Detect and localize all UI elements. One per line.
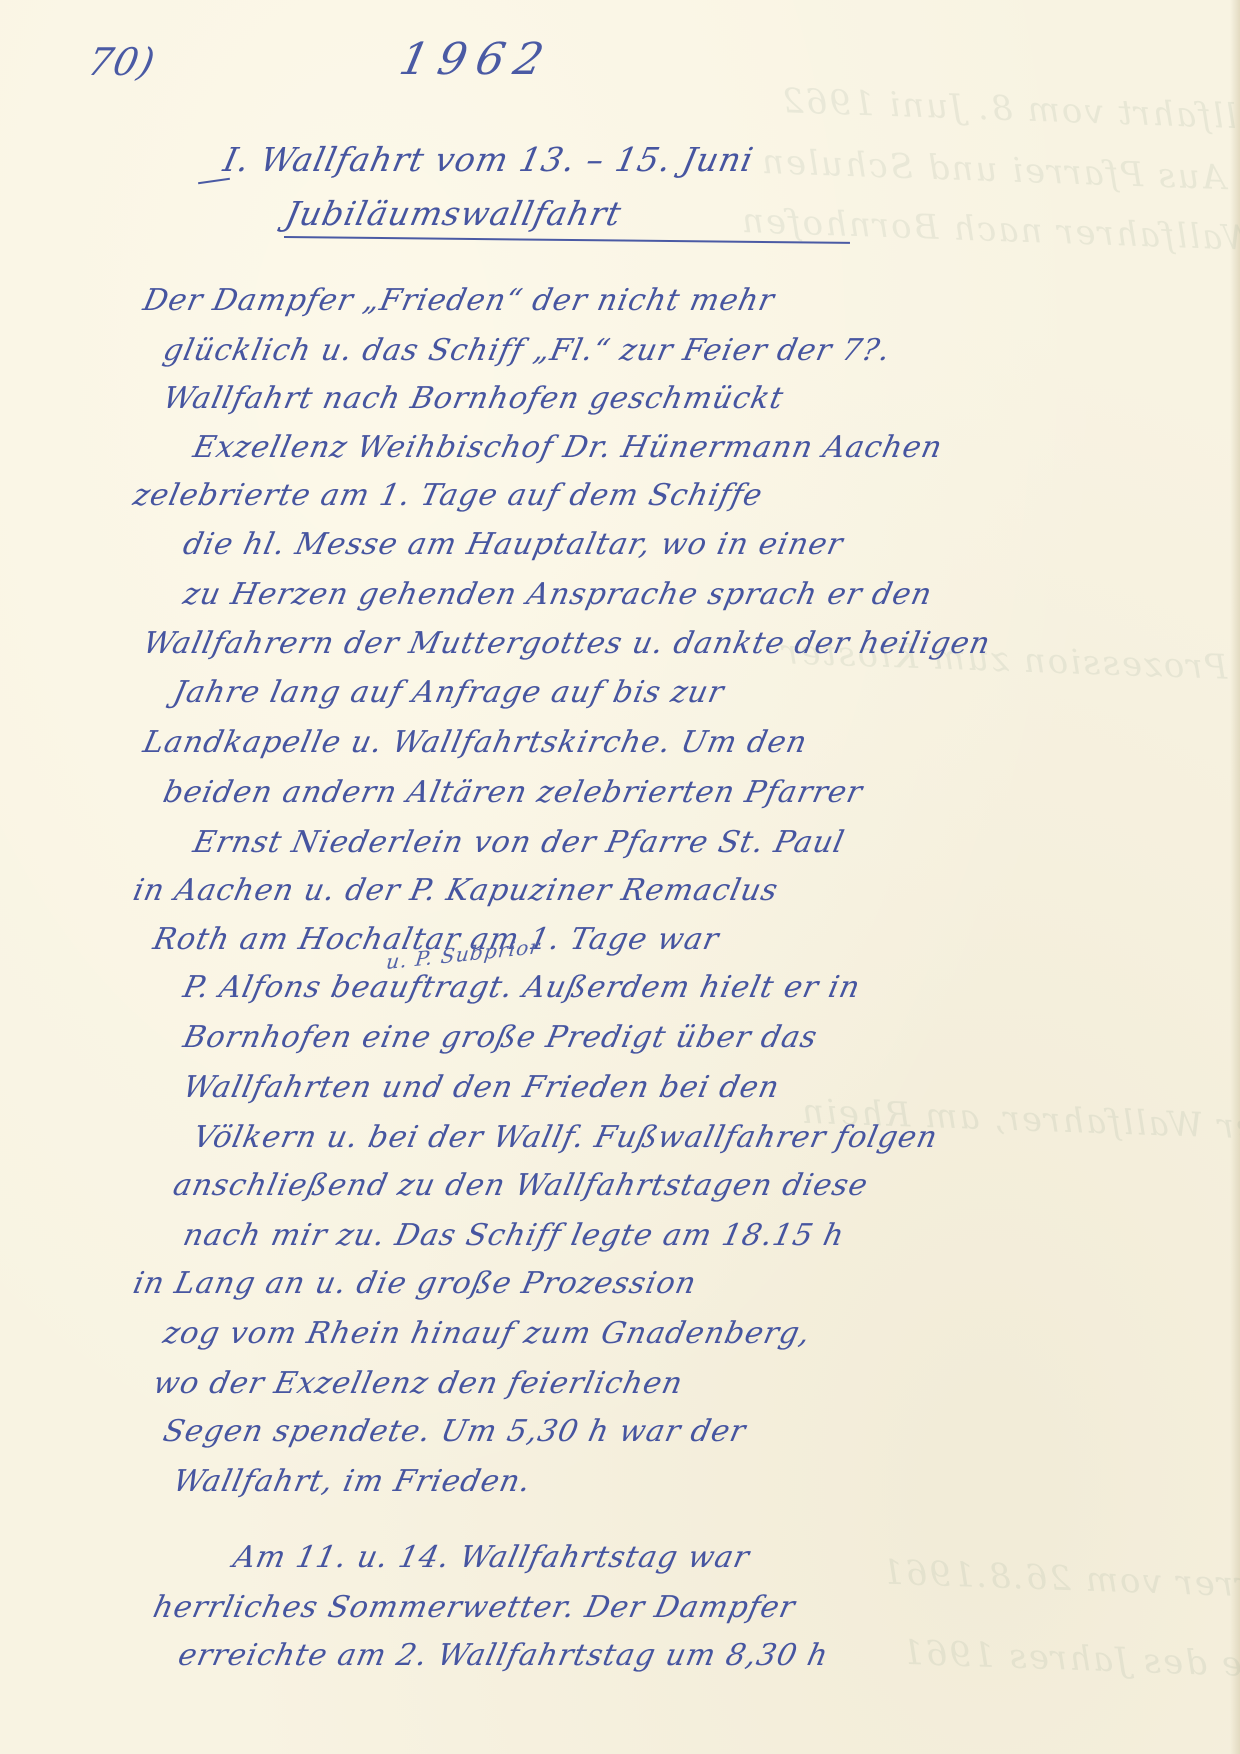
year-heading: 1962 [395, 34, 558, 85]
text-line: Am 11. u. 14. Wallfahrtstag war [230, 1540, 753, 1575]
text-line: wo der Exzellenz den feierlichen [150, 1366, 686, 1401]
text-line: in Aachen u. der P. Kapuziner Remaclus [130, 873, 782, 908]
text-line: in Lang an u. die große Prozession [130, 1266, 700, 1301]
text-line: Ernst Niederlein von der Pfarre St. Paul [190, 825, 848, 860]
text-line: Landkapelle u. Wallfahrtskirche. Um den [140, 725, 811, 760]
text-line: Wallfahrten und den Frieden bei den [180, 1070, 783, 1105]
text-line: die hl. Messe am Hauptaltar, wo in einer [180, 527, 847, 562]
text-line: Völkern u. bei der Wallf. Fußwallfahrer … [190, 1120, 941, 1155]
text-line: Bornhofen eine große Predigt über das [180, 1020, 821, 1055]
page-edge [1230, 0, 1240, 1754]
text-line: Segen spendete. Um 5,30 h war der [160, 1414, 749, 1449]
text-line: zelebrierte am 1. Tage auf dem Schiffe [130, 478, 766, 513]
notebook-page: Wallfahrt vom 8. Juni 1962 Aus Pfarrei u… [0, 0, 1240, 1754]
text-line: Der Dampfer „Frieden“ der nicht mehr [140, 283, 778, 318]
page-number: 70) [84, 40, 160, 84]
text-line: Wallfahrt, im Frieden. [170, 1464, 534, 1499]
text-line: zu Herzen gehenden Ansprache sprach er d… [180, 577, 936, 612]
text-line: herrliches Sommerwetter. Der Dampfer [150, 1590, 799, 1625]
text-line: erreichte am 2. Wallfahrtstag um 8,30 h [175, 1638, 832, 1673]
text-line: nach mir zu. Das Schiff legte am 18.15 h [180, 1218, 848, 1253]
text-line: Jahre lang auf Anfrage auf bis zur [170, 675, 728, 710]
title-line-1: I. Wallfahrt vom 13. – 15. Juni [220, 140, 757, 179]
text-line: anschließend zu den Wallfahrtstagen dies… [170, 1168, 871, 1203]
text-line: glücklich u. das Schiff „Fl.“ zur Feier … [160, 333, 894, 368]
text-line: Wallfahrt nach Bornhofen geschmückt [160, 381, 787, 416]
text-line: Exzellenz Weihbischof Dr. Hünermann Aach… [190, 430, 946, 465]
text-line: beiden andern Altären zelebrierten Pfarr… [160, 775, 866, 810]
title-line-2: Jubiläumswallfahrt [282, 194, 625, 233]
text-line: P. Alfons beauftragt. Außerdem hielt er … [180, 970, 864, 1005]
text-line: Wallfahrern der Muttergottes u. dankte d… [140, 626, 994, 661]
text-line: zog vom Rhein hinauf zum Gnadenberg, [160, 1316, 814, 1351]
